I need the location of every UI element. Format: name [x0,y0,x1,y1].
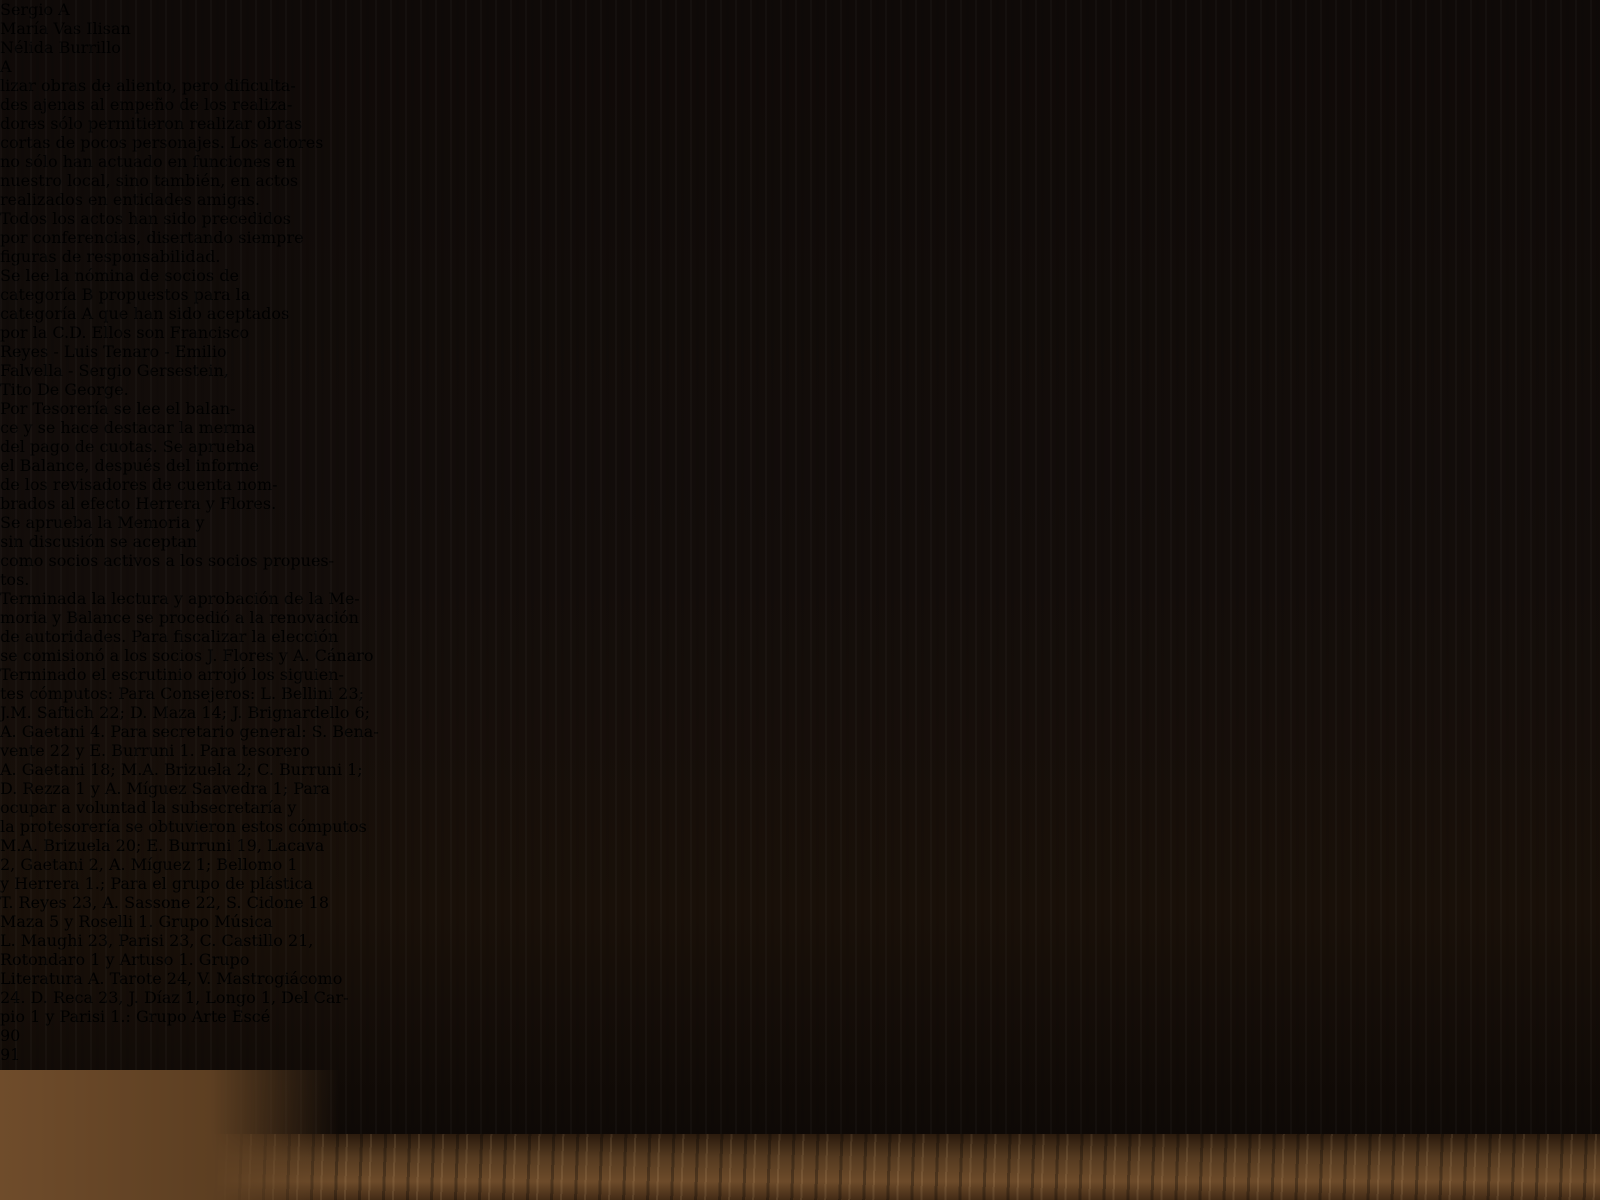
handwriting-line: Reyes - Luis Tenaro - Emilio [0,342,1600,361]
handwriting-line: 2, Gaetani 2, A. Míguez 1; Bellomo 1 [0,855,1600,874]
handwriting-line: no sólo han actuado en funciones en [0,152,1600,171]
page-number-91: 91 [0,1045,1600,1064]
handwriting-line: T. Reyes 23, A. Sassone 22, S. Cidone 18 [0,893,1600,912]
handwriting-line: Se aprueba la Memoria y [0,513,1600,532]
handwriting-line: de los revisadores de cuenta nom- [0,475,1600,494]
handwriting-line: A. Gaetani 4. Para secretario general: S… [0,722,1600,741]
handwriting-line: se comisionó a los socios J. Flores y A.… [0,646,1600,665]
handwriting-line: J.M. Saftich 22; D. Maza 14; J. Brignard… [0,703,1600,722]
handwriting-line: des ajenas al empeño de los realiza- [0,95,1600,114]
margin-flourish: A [0,57,1600,76]
handwriting-line: por la C.D. Ellos son Francisco [0,323,1600,342]
handwriting-line: Tito De George. [0,380,1600,399]
handwriting-line: L. Maughi 23, Parisi 23, C. Castillo 21, [0,931,1600,950]
handwriting-line: cortas de pocos personajes. Los actores [0,133,1600,152]
handwriting-line: Falvella - Sergio Gersestein, [0,361,1600,380]
handwriting-line: Por Tesorería se lee el balan- [0,399,1600,418]
handwriting-line: dores sólo permitieron realizar obras [0,114,1600,133]
handwriting-line: Maza 5 y Roselli 1. Grupo Música [0,912,1600,931]
handwriting-line: 24. D. Reca 23, J. Díaz 1, Longo 1, Del … [0,988,1600,1007]
handwriting-line: M.A. Brizuela 20; E. Burruni 19, Lacava [0,836,1600,855]
handwriting-line: de autoridades. Para fiscalizar la elecc… [0,627,1600,646]
wood-table-corner [0,1070,340,1200]
left-page-handwriting: lizar obras de aliento, pero dificulta-d… [0,76,1600,551]
handwriting-line: vente 22 y E. Burruni 1. Para tesorero [0,741,1600,760]
handwriting-line: pio 1 y Parisi 1.: Grupo Arte Escé [0,1007,1600,1026]
right-page-handwriting: como socios activos a los socios propues… [0,551,1600,1026]
handwriting-line: como socios activos a los socios propues… [0,551,1600,570]
handwriting-line: por conferencias, disertando siempre [0,228,1600,247]
handwriting-line: sin discusión se aceptan [0,532,1600,551]
handwriting-line: ocupar a voluntad la subsecretaría y [0,798,1600,817]
handwriting-line: Terminada la lectura y aprobación de la … [0,589,1600,608]
handwriting-line: D. Rezza 1 y A. Míguez Saavedra 1; Para [0,779,1600,798]
left-page: Sergio A María Vas Ilisan Nélida Burrill… [0,0,1600,551]
handwriting-line: brados al efecto Herrera y Flores. [0,494,1600,513]
handwriting-line: la protesorería se obtuvieron estos cómp… [0,817,1600,836]
margin-note-sergio: Sergio A [0,0,1600,19]
handwriting-line: tos. [0,570,1600,589]
page-number-90: 90 [0,1026,1600,1045]
handwriting-line: ce y se hace destacar la merma [0,418,1600,437]
handwriting-line: Se lee la nómina de socios de [0,266,1600,285]
margin-note-nelida: Nélida Burrillo [0,38,1600,57]
handwriting-line: Literatura A. Tarote 24, V. Mastrogiácom… [0,969,1600,988]
handwriting-line: tes cómputos: Para Consejeros: L. Bellin… [0,684,1600,703]
handwriting-line: el Balance, después del informe [0,456,1600,475]
handwriting-line: Rotondaro 1 y Artuso 1. Grupo [0,950,1600,969]
handwriting-line: Terminado el escrutinio arrojó los sigui… [0,665,1600,684]
handwriting-line: figuras de responsabilidad. [0,247,1600,266]
handwriting-line: categoría B propuestos para la [0,285,1600,304]
handwriting-line: y Herrera 1.; Para el grupo de plástica [0,874,1600,893]
handwriting-line: categoría A que han sido aceptados [0,304,1600,323]
handwriting-line: moria y Balance se procedió a la renovac… [0,608,1600,627]
margin-note-maria: María Vas Ilisan [0,19,1600,38]
right-page: como socios activos a los socios propues… [0,551,1600,1026]
handwriting-line: lizar obras de aliento, pero dificulta- [0,76,1600,95]
photo-of-minutes-book: Sergio A María Vas Ilisan Nélida Burrill… [0,0,1600,1200]
handwriting-line: A. Gaetani 18; M.A. Brizuela 2; C. Burru… [0,760,1600,779]
handwriting-line: nuestro local, sino también, en actos [0,171,1600,190]
handwriting-line: realizados en entidades amigas. [0,190,1600,209]
handwriting-line: Todos los actos han sido precedidos [0,209,1600,228]
handwriting-line: del pago de cuotas. Se aprueba [0,437,1600,456]
